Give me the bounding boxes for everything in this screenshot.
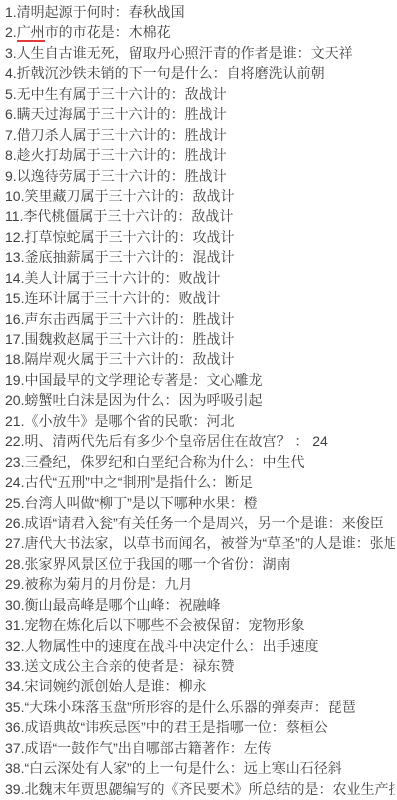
qa-line: 9.以逸待劳属于三十六计的：胜战计 bbox=[5, 166, 395, 186]
qa-line: 14.美人计属于三十六计的：败战计 bbox=[5, 268, 395, 288]
qa-line: 11.李代桃僵属于三十六计的：敌战计 bbox=[5, 206, 395, 226]
qa-line: 1.清明起源于何时：春秋战国 bbox=[5, 2, 395, 22]
qa-line: 28.张家界风景区位于我国的哪一个省份：湖南 bbox=[5, 554, 395, 574]
qa-line: 3.人生自古谁无死，留取丹心照汗青的作者是谁：文天祥 bbox=[5, 43, 395, 63]
qa-line: 13.釜底抽薪属于三十六计的：混战计 bbox=[5, 247, 395, 267]
qa-line: 7.借刀杀人属于三十六计的：胜战计 bbox=[5, 125, 395, 145]
qa-line: 8.趁火打劫属于三十六计的：胜战计 bbox=[5, 145, 395, 165]
qa-line: 6.瞒天过海属于三十六计的：胜战计 bbox=[5, 104, 395, 124]
qa-line: 36.成语典故“讳疾忌医”中的君王是指哪一位：蔡桓公 bbox=[5, 717, 395, 737]
qa-line: 24.古代“五刑”中之“剕刑”是指什么：断足 bbox=[5, 472, 395, 492]
qa-line: 5.无中生有属于三十六计的：敌战计 bbox=[5, 84, 395, 104]
qa-line: 15.连环计属于三十六计的：败战计 bbox=[5, 288, 395, 308]
qa-document: 1.清明起源于何时：春秋战国2.广州市的市花是：木棉花3.人生自古谁无死，留取丹… bbox=[0, 0, 397, 800]
qa-line: 32.人物属性中的速度在战斗中决定什么：出手速度 bbox=[5, 636, 395, 656]
qa-list: 1.清明起源于何时：春秋战国2.广州市的市花是：木棉花3.人生自古谁无死，留取丹… bbox=[5, 2, 395, 799]
qa-line: 31.宠物在炼化后以下哪些不会被保留：宠物形象 bbox=[5, 615, 395, 635]
qa-line: 10.笑里藏刀属于三十六计的：敌战计 bbox=[5, 186, 395, 206]
qa-line-text: 市的市花是：木棉花 bbox=[45, 24, 171, 40]
qa-line: 25.台湾人叫做“柳丁”是以下哪种水果：橙 bbox=[5, 493, 395, 513]
qa-line: 27.唐代大书法家，以草书而闻名，被誉为“草圣”的人是谁：张旭 bbox=[5, 533, 395, 553]
qa-line: 16.声东击西属于三十六计的：胜战计 bbox=[5, 309, 395, 329]
qa-line: 35.“大珠小珠落玉盘”所形容的是什么乐器的弹奏声：琵琶 bbox=[5, 697, 395, 717]
page: { "page": { "background_color": "#ffffff… bbox=[0, 0, 397, 800]
qa-line: 37.成语“一鼓作气”出自哪部古籍著作：左传 bbox=[5, 738, 395, 758]
qa-line: 30.衡山最高峰是哪个山峰：祝融峰 bbox=[5, 595, 395, 615]
spellcheck-underline: 广州 bbox=[17, 24, 45, 42]
qa-line: 18.隔岸观火属于三十六计的：敌战计 bbox=[5, 349, 395, 369]
qa-line: 2.广州市的市花是：木棉花 bbox=[5, 22, 395, 42]
qa-line: 39.北魏末年贾思勰编写的《齐民要术》所总结的是：农业生产技术 bbox=[5, 779, 395, 799]
qa-line: 34.宋词婉约派创始人是谁：柳永 bbox=[5, 676, 395, 696]
qa-line-text: 2. bbox=[5, 24, 17, 40]
qa-line: 23.三叠纪，侏罗纪和白垩纪合称为什么：中生代 bbox=[5, 452, 395, 472]
qa-line: 12.打草惊蛇属于三十六计的：攻战计 bbox=[5, 227, 395, 247]
qa-line: 26.成语“请君入瓮”有关任务一个是周兴，另一个是谁：来俊臣 bbox=[5, 513, 395, 533]
qa-line: 33.送文成公主合亲的使者是：禄东赞 bbox=[5, 656, 395, 676]
qa-line: 22.明、清两代先后有多少个皇帝居住在故宫？ ： 24 bbox=[5, 431, 395, 451]
qa-line: 29.被称为菊月的月份是：九月 bbox=[5, 574, 395, 594]
qa-line: 21.《小放牛》是哪个省的民歌：河北 bbox=[5, 411, 395, 431]
qa-line: 17.围魏救赵属于三十六计的：胜战计 bbox=[5, 329, 395, 349]
qa-line: 38.“白云深处有人家”的上一句是什么：远上寒山石径斜 bbox=[5, 758, 395, 778]
qa-line: 20.螃蟹吐白沫是因为什么：因为呼吸引起 bbox=[5, 390, 395, 410]
qa-line: 19.中国最早的文学理论专著是：文心雕龙 bbox=[5, 370, 395, 390]
qa-line: 4.折戟沉沙铁未销的下一句是什么：自将磨洗认前朝 bbox=[5, 63, 395, 83]
